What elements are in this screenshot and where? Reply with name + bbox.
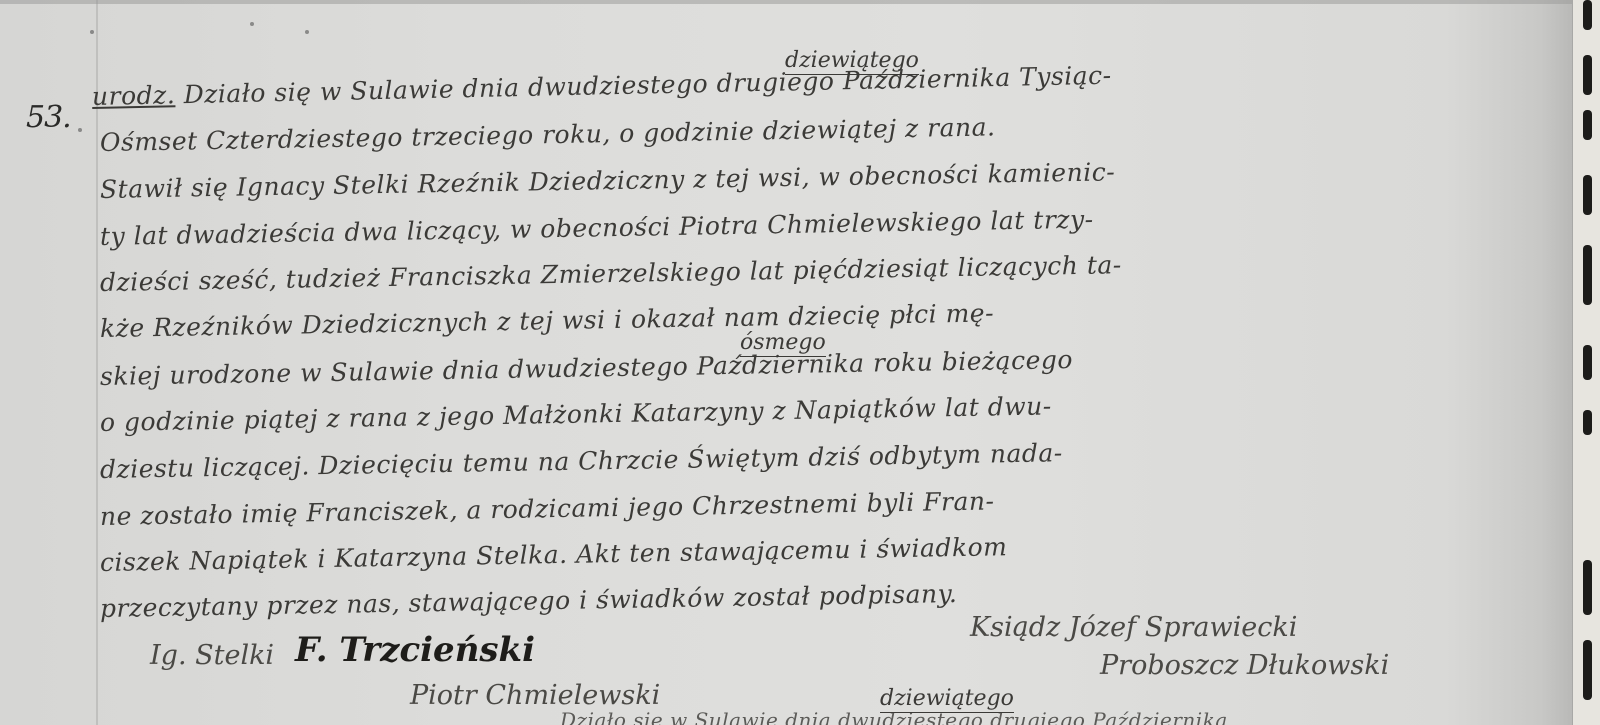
record-line-11: ciszek Napiątek i Katarzyna Stelka. Akt … — [100, 532, 1008, 577]
record-line-3: Stawił się Ignacy Stelki Rzeźnik Dziedzi… — [100, 157, 1116, 204]
signature-proboszcz: Proboszcz Dłukowski — [1100, 650, 1389, 681]
record-line-9: dziestu liczącej. Dziecięciu temu na Chr… — [100, 438, 1063, 484]
binding-stitch — [1583, 55, 1592, 95]
ink-speck — [250, 22, 254, 26]
next-record-fragment: Działo się w Sulawie dnia dwudziestego d… — [560, 708, 1228, 725]
binding-stitch — [1583, 560, 1592, 615]
record-line-12: przeczytany przez nas, stawającego i świ… — [100, 579, 958, 623]
record-number: 53. — [26, 100, 71, 135]
register-page: 53. dziewiątego ósmego urodz. Działo się… — [0, 0, 1572, 725]
record-line-6: kże Rzeźników Dziedzicznych z tej wsi i … — [100, 298, 995, 343]
record-line-2: Ośmset Czterdziestego trzeciego roku, o … — [100, 112, 996, 157]
binding-stitch — [1583, 0, 1592, 30]
record-line-5: dzieści sześć, tudzież Franciszka Zmierz… — [100, 250, 1122, 297]
record-line-7: skiej urodzone w Sulawie dnia dwudzieste… — [100, 345, 1073, 391]
ink-speck — [305, 30, 309, 34]
page-top-edge — [0, 0, 1572, 4]
signature-trzciensky: F. Trzcieński — [295, 630, 535, 670]
ink-speck — [78, 128, 82, 132]
binding-stitch — [1583, 640, 1592, 700]
signature-piotr-chmielewski: Piotr Chmielewski — [410, 680, 660, 711]
binding-stitch — [1583, 110, 1592, 140]
binding-stitch — [1583, 245, 1592, 305]
book-binding-edge — [1572, 0, 1600, 725]
record-line-10: ne zostało imię Franciszek, a rodzicami … — [100, 486, 995, 531]
binding-stitch — [1583, 410, 1592, 435]
signature-priest: Ksiądz Józef Sprawiecki — [970, 612, 1297, 643]
ink-speck — [90, 30, 94, 34]
record-line-1: urodz. Działo się w Sulawie dnia dwudzie… — [92, 61, 1112, 111]
record-line-8: o godzinie piątej z rana z jego Małżonki… — [100, 391, 1052, 437]
record-line-4: ty lat dwadzieścia dwa liczący, w obecno… — [100, 205, 1094, 251]
binding-stitch — [1583, 345, 1592, 380]
signature-ig-stelki: Ig. Stelki — [150, 640, 274, 671]
margin-note: urodz. — [92, 80, 176, 111]
binding-stitch — [1583, 175, 1592, 215]
